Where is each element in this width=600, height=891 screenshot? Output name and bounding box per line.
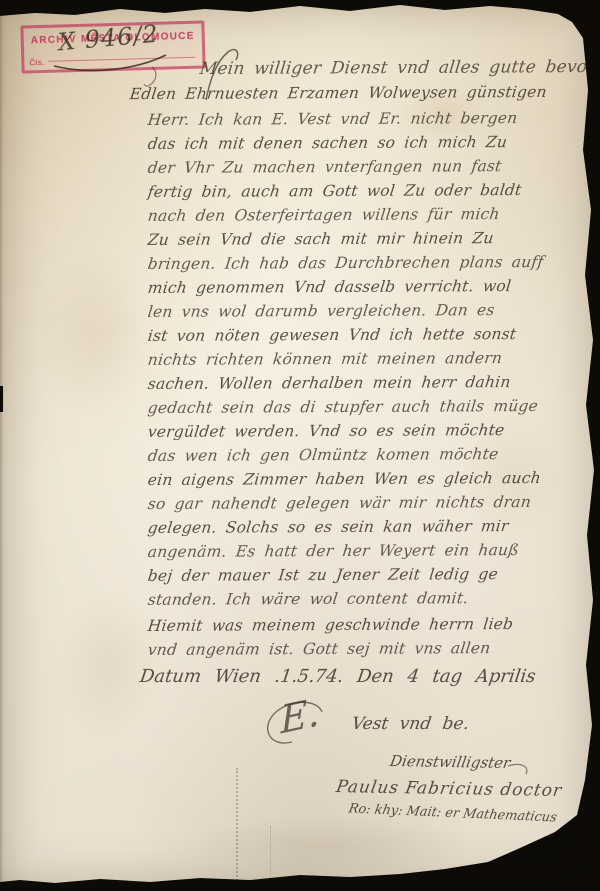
- manuscript-line: Mein williger Dienst vnd alles gutte bev…: [199, 57, 597, 79]
- manuscript-line: gelegen. Solchs so es sein kan wäher mir: [147, 517, 510, 537]
- manuscript-line: fertig bin, auch am Gott wol Zu oder bal…: [147, 181, 523, 201]
- fold-crease-marks: [236, 768, 238, 884]
- manuscript-line: das wen ich gen Olmüntz komen möchte: [147, 445, 500, 465]
- paper-stain: [35, 250, 155, 420]
- manuscript-line: mich genommen Vnd dasselb verricht. wol: [147, 277, 512, 297]
- manuscript-line: ist von nöten gewesen Vnd ich hette sons…: [147, 325, 518, 345]
- manuscript-line: angenäm. Es hatt der her Weyert ein hauß: [147, 541, 520, 561]
- manuscript-line: vnd angenäm ist. Gott sej mit vns allen: [147, 639, 492, 659]
- paper-stain: [180, 815, 480, 875]
- manuscript-line: Herr. Ich kan E. Vest vnd Er. nicht berg…: [147, 109, 519, 129]
- manuscript-line: bej der mauer Ist zu Jener Zeit ledig ge: [147, 565, 499, 585]
- archive-stamp-rule: [48, 57, 195, 62]
- manuscript-line: vergüldet werden. Vnd so es sein möchte: [147, 421, 506, 441]
- archive-stamp-number-label: Čís.: [29, 58, 44, 67]
- signature-title-line: Ro: khy: Mait: er Mathematicus: [347, 801, 558, 825]
- manuscript-line: der Vhr Zu machen vnterfangen nun fast: [147, 157, 503, 177]
- photograph-background: ARCHIV MĚSTA OLOMOUCE Čís. X 946/2 Mein …: [0, 0, 600, 891]
- manuscript-line: so gar nahendt gelegen wär mir nichts dr…: [147, 493, 532, 513]
- manuscript-line: bringen. Ich hab das Durchbrechen plans …: [147, 253, 545, 273]
- signature-line: Paulus Fabricius doctor: [335, 777, 564, 801]
- manuscript-line: sachen. Wollen derhalben mein herr dahin: [147, 373, 512, 393]
- manuscript-line: nichts richten können mit meinen andern: [147, 349, 503, 369]
- paper-stain: [55, 590, 165, 740]
- manuscript-paper-sheet: ARCHIV MĚSTA OLOMOUCE Čís. X 946/2 Mein …: [0, 0, 600, 891]
- manuscript-dateline: Datum Wien .1.5.74. Den 4 tag Aprilis: [139, 666, 537, 687]
- paper-edge-notch: [0, 386, 3, 412]
- valediction-tail-swash: [508, 764, 527, 774]
- manuscript-line: standen. Ich wäre wol content damit.: [147, 589, 470, 609]
- manuscript-line: nach den Osterfeirtagen willens für mich: [147, 205, 501, 225]
- manuscript-line: ein aigens Zimmer haben Wen es gleich au…: [147, 469, 542, 489]
- pencil-marks: [270, 826, 271, 882]
- manuscript-line: Hiemit was meinem geschwinde herrn lieb: [147, 615, 514, 635]
- manuscript-line: Zu sein Vnd die sach mit mir hinein Zu: [147, 229, 495, 249]
- valediction-line: Dienstwilligster: [389, 752, 512, 772]
- manuscript-line: gedacht sein das di stupfer auch thails …: [147, 397, 539, 417]
- closing-flourish-initial: E.: [280, 690, 321, 743]
- manuscript-line: das ich mit denen sachen so ich mich Zu: [147, 133, 508, 153]
- manuscript-line: len vns wol darumb vergleichen. Dan es: [147, 301, 496, 321]
- closing-line: Vest vnd be.: [351, 714, 471, 734]
- manuscript-line: Edlen Ehrnuesten Erzamen Wolweysen günst…: [129, 83, 548, 103]
